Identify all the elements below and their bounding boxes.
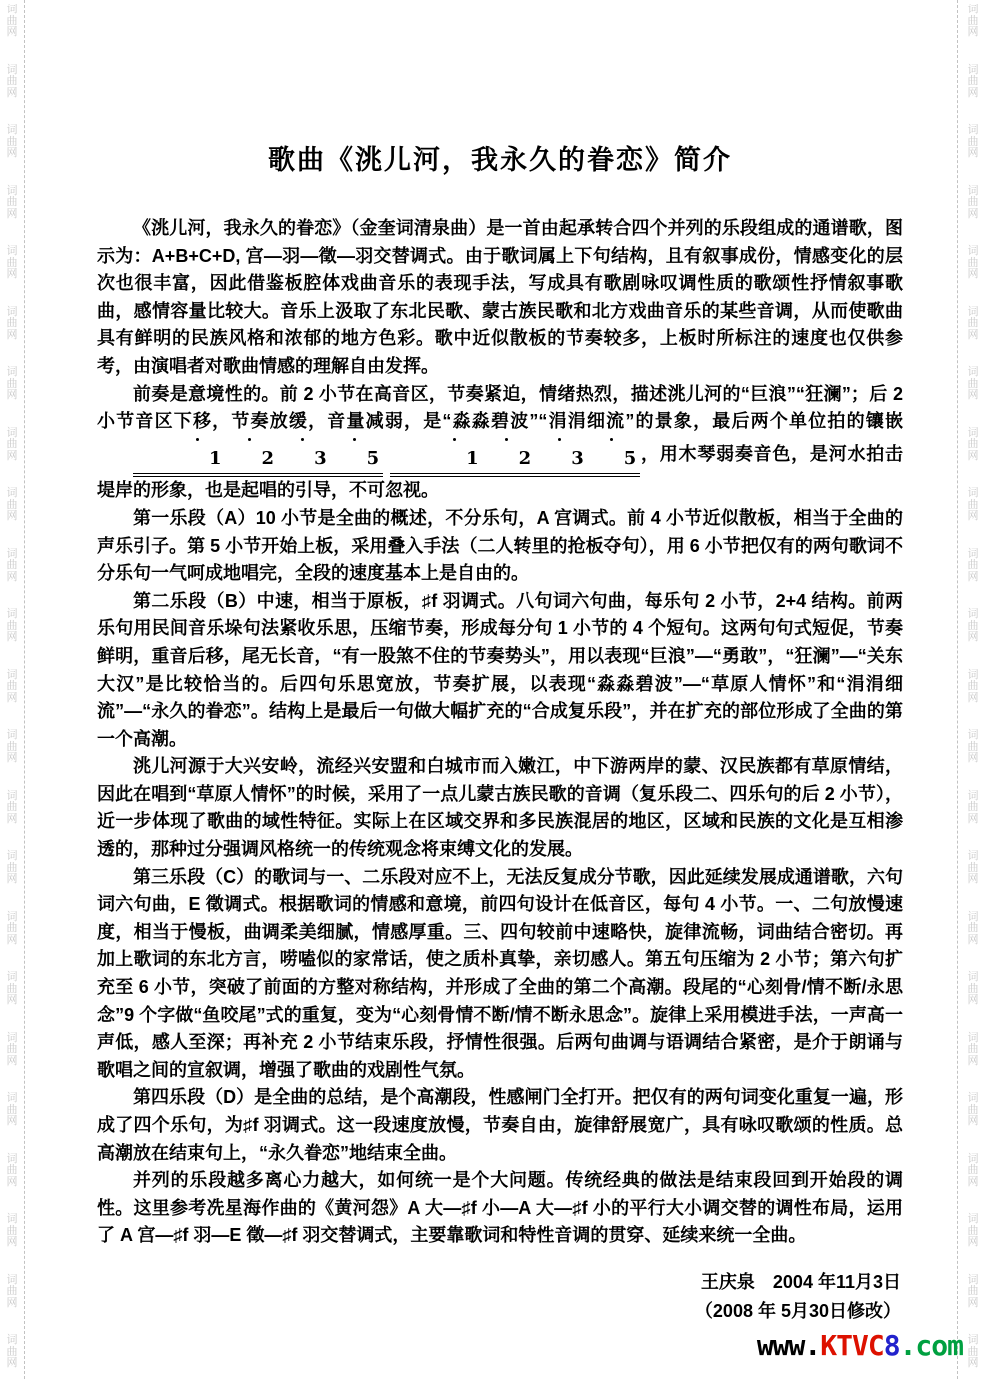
side-watermark-text: 词曲网 bbox=[968, 1154, 979, 1189]
side-watermark-text: 词曲网 bbox=[7, 307, 18, 342]
side-watermark-text: 词曲网 bbox=[7, 791, 18, 826]
side-watermark-text: 词曲网 bbox=[7, 488, 18, 523]
side-watermark-text: 词曲网 bbox=[7, 1093, 18, 1128]
side-watermark-text: 词曲网 bbox=[968, 1335, 979, 1370]
jianpu-note: 3 bbox=[276, 436, 329, 473]
side-watermark-text: 词曲网 bbox=[7, 1214, 18, 1249]
side-watermark-text: 词曲网 bbox=[968, 1093, 979, 1128]
paragraph-section-a: 第一乐段（A）10 小节是全曲的概述，不分乐句，A 宫调式。前 4 小节近似散板… bbox=[97, 505, 903, 588]
side-watermark-text: 词曲网 bbox=[7, 1033, 18, 1068]
side-watermark-text: 词曲网 bbox=[968, 65, 979, 100]
jianpu-group: 1235 bbox=[390, 436, 640, 478]
side-watermark-text: 词曲网 bbox=[7, 186, 18, 221]
side-watermark-text: 词曲网 bbox=[968, 609, 979, 644]
watermark-right-column: 词曲网词曲网词曲网词曲网词曲网词曲网词曲网词曲网词曲网词曲网词曲网词曲网词曲网词… bbox=[964, 4, 982, 1379]
side-watermark-text: 词曲网 bbox=[968, 428, 979, 463]
side-watermark-text: 词曲网 bbox=[968, 488, 979, 523]
side-watermark-text: 词曲网 bbox=[968, 307, 979, 342]
side-watermark-text: 词曲网 bbox=[968, 972, 979, 1007]
side-watermark-text: 词曲网 bbox=[7, 1335, 18, 1370]
signature-block: 王庆泉 2004 年11月3日 （2008 年 5月30日修改） bbox=[97, 1268, 903, 1325]
paragraph-section-b: 第二乐段（B）中速，相当于原板，♯f 羽调式。八句词六句曲，每乐句 2 小节，2… bbox=[97, 588, 903, 754]
side-watermark-text: 词曲网 bbox=[7, 730, 18, 765]
side-watermark-text: 词曲网 bbox=[7, 549, 18, 584]
side-watermark-text: 词曲网 bbox=[7, 912, 18, 947]
watermark-left-column: 词曲网词曲网词曲网词曲网词曲网词曲网词曲网词曲网词曲网词曲网词曲网词曲网词曲网词… bbox=[3, 4, 21, 1379]
paragraph-section-d: 第四乐段（D）是全曲的总结，是个高潮段，性感闸门全打开。把仅有的两句词变化重复一… bbox=[97, 1084, 903, 1167]
page-title: 歌曲《洮儿河，我永久的眷恋》简介 bbox=[97, 138, 903, 177]
side-watermark-text: 词曲网 bbox=[968, 1275, 979, 1310]
right-dashed-divider bbox=[957, 0, 958, 1379]
jianpu-note: 5 bbox=[329, 436, 382, 473]
paragraph-overview: 《洮儿河，我永久的眷恋》（金奎词清泉曲）是一首由起承转合四个并列的乐段组成的通谱… bbox=[97, 215, 903, 381]
signature-author-date: 王庆泉 2004 年11月3日 bbox=[97, 1268, 901, 1296]
side-watermark-text: 词曲网 bbox=[968, 670, 979, 705]
site-logo-segment: 8 bbox=[884, 1329, 900, 1362]
side-watermark-text: 词曲网 bbox=[968, 912, 979, 947]
jianpu-note: 1 bbox=[428, 436, 481, 473]
side-watermark-text: 词曲网 bbox=[7, 4, 18, 39]
side-watermark-text: 词曲网 bbox=[968, 791, 979, 826]
jianpu-note: 3 bbox=[533, 436, 586, 473]
side-watermark-text: 词曲网 bbox=[7, 1154, 18, 1189]
side-watermark-text: 词曲网 bbox=[968, 246, 979, 281]
prelude-text-before-notation: 前奏是意境性的。前 2 小节在高音区，节奏紧迫，情绪热烈，描述洮儿河的“巨浪”“… bbox=[97, 384, 903, 432]
signature-revision-date: （2008 年 5月30日修改） bbox=[97, 1297, 901, 1325]
jianpu-group: 1235 bbox=[133, 436, 383, 478]
side-watermark-text: 词曲网 bbox=[968, 186, 979, 221]
side-watermark-text: 词曲网 bbox=[7, 246, 18, 281]
jianpu-notation: 12351235 bbox=[97, 436, 640, 478]
jianpu-note: 1 bbox=[171, 436, 224, 473]
left-dashed-divider bbox=[24, 0, 25, 1379]
jianpu-note: 2 bbox=[481, 436, 534, 473]
side-watermark-text: 词曲网 bbox=[968, 4, 979, 39]
side-watermark-text: 词曲网 bbox=[968, 730, 979, 765]
paragraph-prelude: 前奏是意境性的。前 2 小节在高音区，节奏紧迫，情绪热烈，描述洮儿河的“巨浪”“… bbox=[97, 381, 903, 505]
jianpu-note: 5 bbox=[586, 436, 639, 473]
site-watermark-logo: www.KTVC8.com bbox=[757, 1329, 963, 1362]
site-logo-segment: www. bbox=[757, 1329, 820, 1362]
side-watermark-text: 词曲网 bbox=[968, 1214, 979, 1249]
side-watermark-text: 词曲网 bbox=[968, 1033, 979, 1068]
document-content: 歌曲《洮儿河，我永久的眷恋》简介 《洮儿河，我永久的眷恋》（金奎词清泉曲）是一首… bbox=[97, 138, 903, 1326]
document-page: 词曲网词曲网词曲网词曲网词曲网词曲网词曲网词曲网词曲网词曲网词曲网词曲网词曲网词… bbox=[0, 0, 985, 1379]
side-watermark-text: 词曲网 bbox=[968, 851, 979, 886]
paragraph-section-c: 第三乐段（C）的歌词与一、二乐段对应不上，无法反复成分节歌，因此延续发展成通谱歌… bbox=[97, 864, 903, 1085]
side-watermark-text: 词曲网 bbox=[7, 367, 18, 402]
side-watermark-text: 词曲网 bbox=[968, 125, 979, 160]
site-logo-segment: KTVC bbox=[820, 1329, 883, 1362]
side-watermark-text: 词曲网 bbox=[7, 609, 18, 644]
jianpu-note: 2 bbox=[224, 436, 277, 473]
side-watermark-text: 词曲网 bbox=[7, 125, 18, 160]
side-watermark-text: 词曲网 bbox=[968, 367, 979, 402]
side-watermark-text: 词曲网 bbox=[7, 1275, 18, 1310]
side-watermark-text: 词曲网 bbox=[7, 65, 18, 100]
site-logo-segment: .com bbox=[900, 1329, 963, 1362]
side-watermark-text: 词曲网 bbox=[7, 972, 18, 1007]
side-watermark-text: 词曲网 bbox=[7, 851, 18, 886]
side-watermark-text: 词曲网 bbox=[968, 549, 979, 584]
side-watermark-text: 词曲网 bbox=[7, 670, 18, 705]
paragraph-conclusion: 并列的乐段越多离心力越大，如何统一是个大问题。传统经典的做法是结束段回到开始段的… bbox=[97, 1167, 903, 1250]
paragraph-river-culture: 洮儿河源于大兴安岭，流经兴安盟和白城市而入嫩江，中下游两岸的蒙、汉民族都有草原情… bbox=[97, 753, 903, 863]
side-watermark-text: 词曲网 bbox=[7, 428, 18, 463]
